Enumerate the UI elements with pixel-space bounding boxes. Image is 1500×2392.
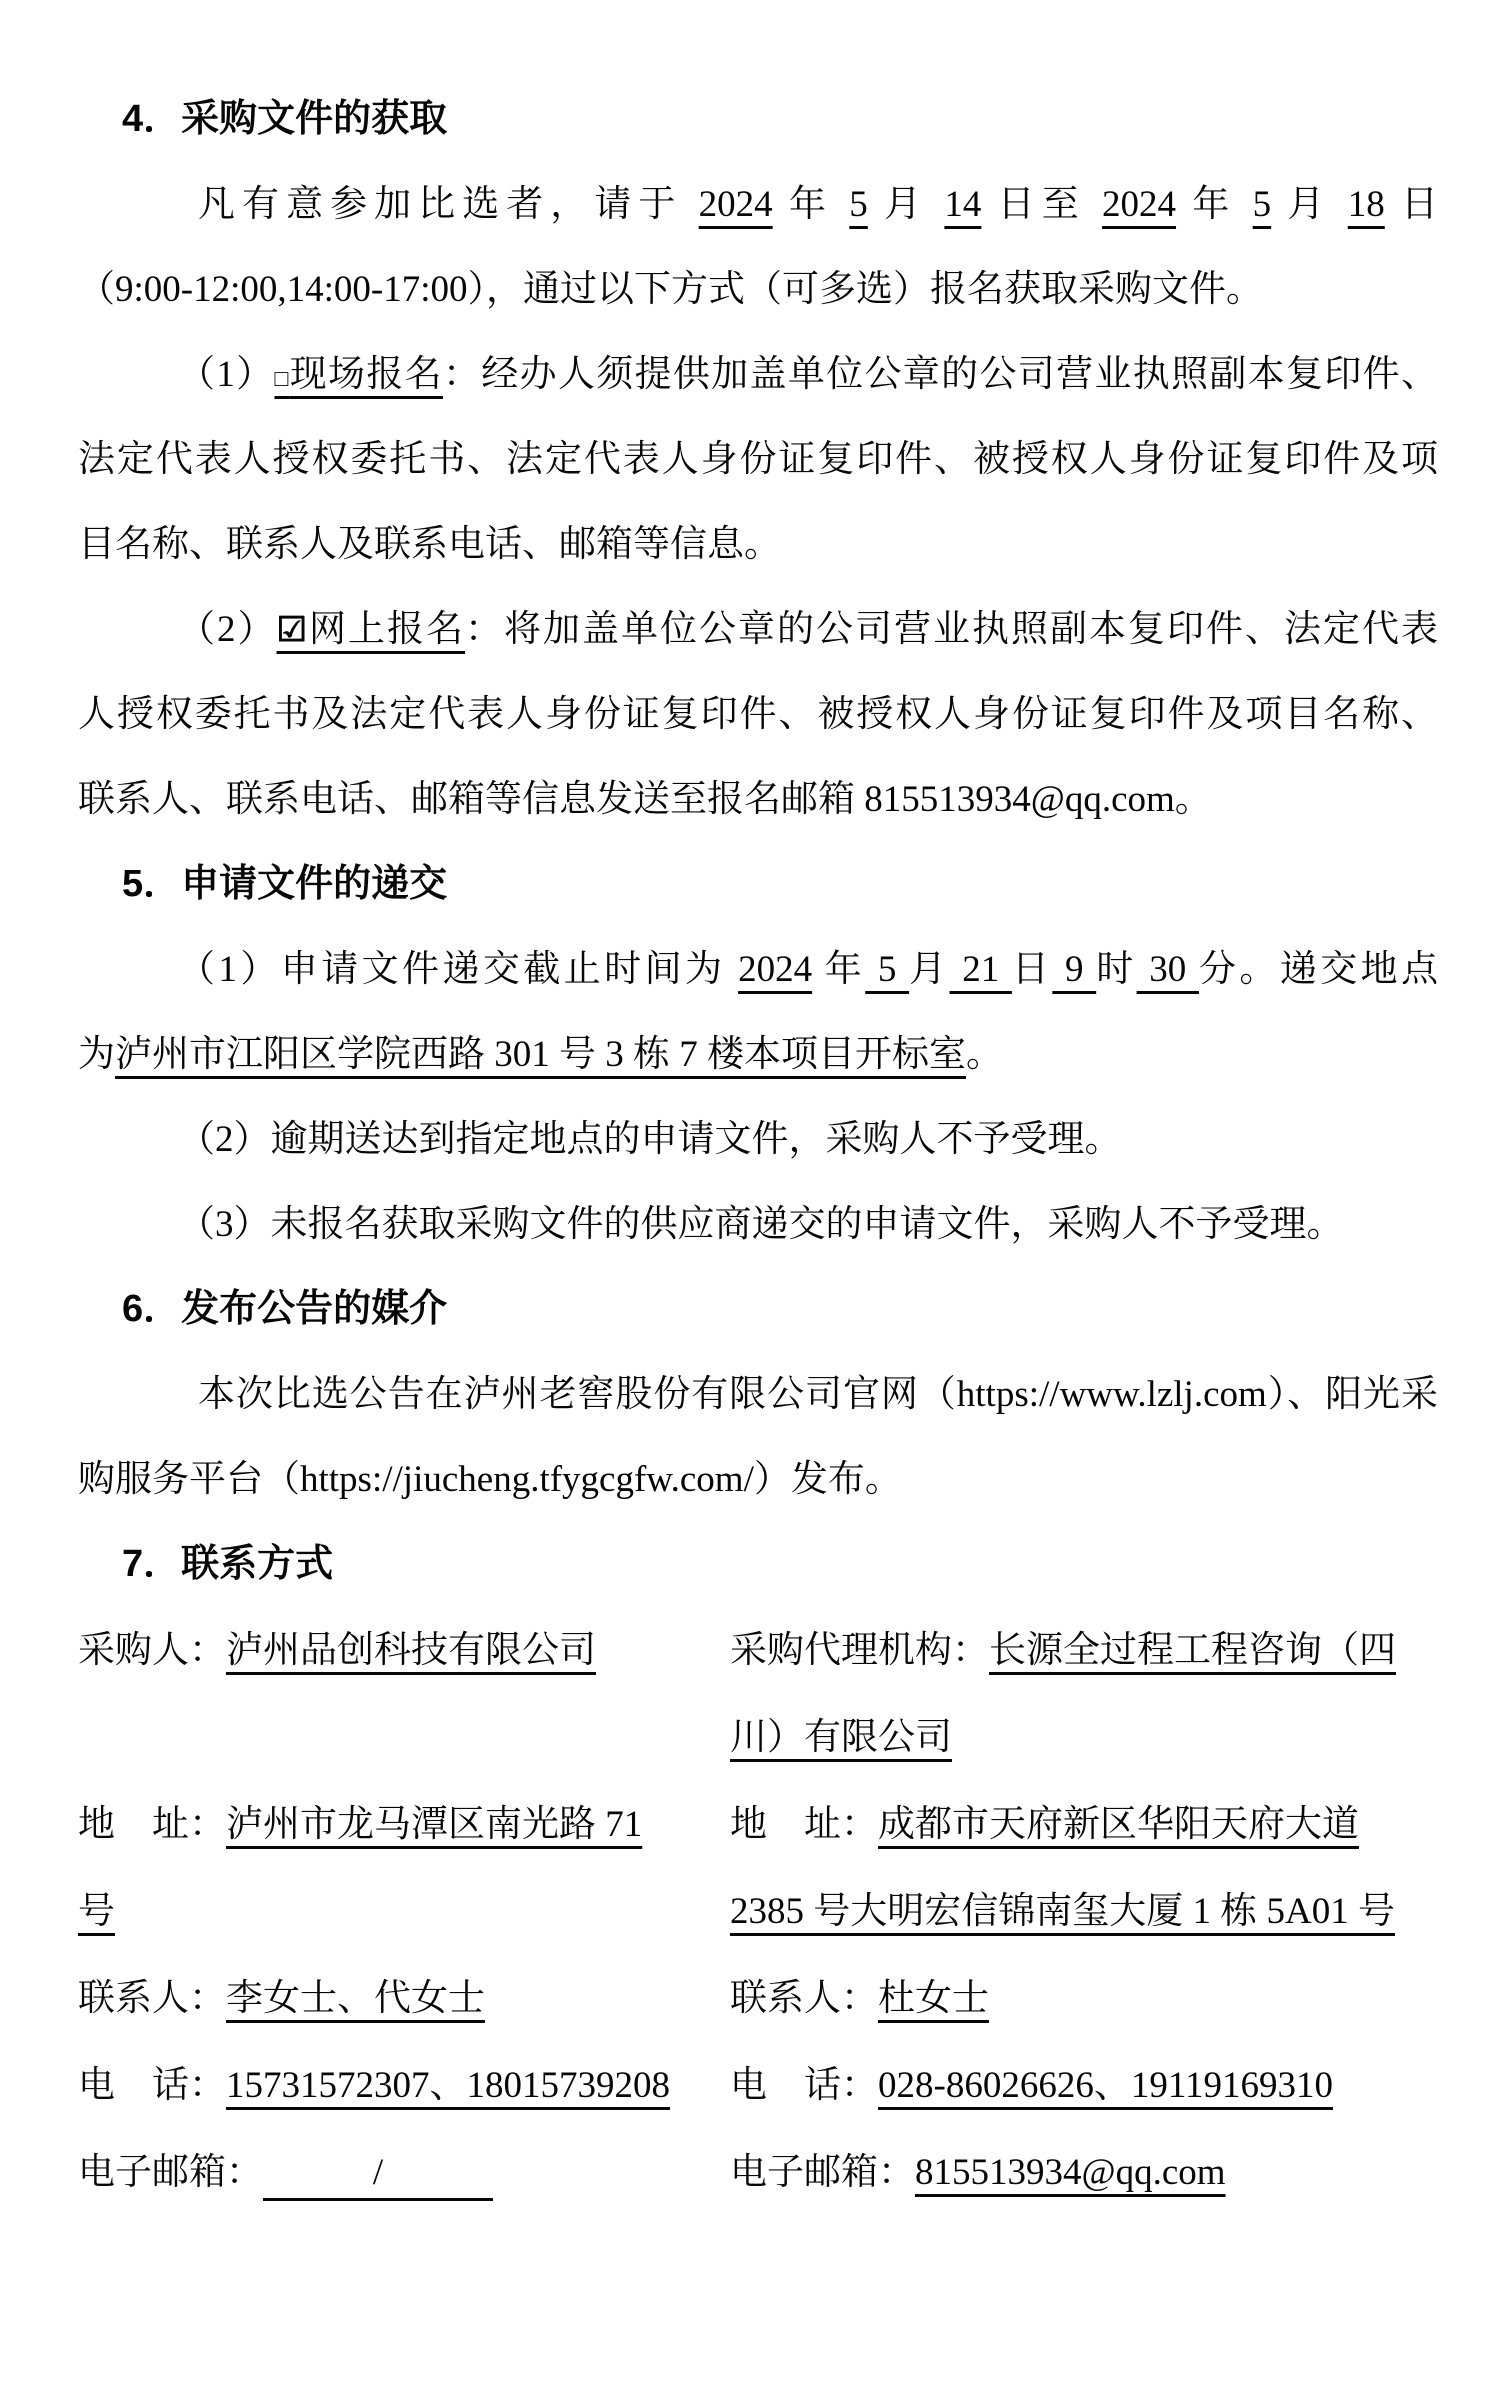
text-run: 联系人： bbox=[78, 1978, 226, 2019]
text-line: 人授权委托书及法定代表人身份证复印件、被授权人身份证复印件及项目名称、 bbox=[78, 672, 1438, 757]
contact-cell-right: 2385 号大明宏信锦南玺大厦 1 栋 5A01 号 bbox=[730, 1868, 1438, 1955]
underlined-text: 泸州市江阳区学院西路 301 号 3 栋 7 楼本项目开标室 bbox=[115, 1034, 966, 1075]
underlined-text: 网上报名 bbox=[307, 609, 465, 650]
text-run: （1）申请文件递交截止时间为 bbox=[178, 949, 738, 990]
text-run: （3）未报名获取采购文件的供应商递交的申请文件，采购人不予受理。 bbox=[178, 1204, 1344, 1245]
contact-cell-right: 地 址：成都市天府新区华阳天府大道 bbox=[730, 1781, 1438, 1868]
text-run: ：经办人须提供加盖单位公章的公司营业执照副本复印件、 bbox=[443, 354, 1438, 395]
text-run: 凡有意参加比选者，请于 bbox=[198, 184, 699, 225]
blank-underline-slash: / bbox=[263, 2148, 493, 2201]
text-run: 日 bbox=[1385, 184, 1438, 225]
section-heading: 6．发布公告的媒介 bbox=[78, 1267, 1438, 1352]
underlined-text: 9 bbox=[1052, 949, 1096, 990]
contact-cell-left bbox=[78, 1694, 730, 1781]
underlined-text: 14 bbox=[944, 184, 981, 225]
contact-cell-right: 电 话：028-86026626、19119169310 bbox=[730, 2042, 1438, 2129]
text-run: 电子邮箱： bbox=[730, 2152, 915, 2193]
text-run: 地 址： bbox=[78, 1804, 226, 1845]
text-run: 日至 bbox=[981, 184, 1102, 225]
document-page: 4．采购文件的获取凡有意参加比选者，请于 2024 年 5 月 14 日至 20… bbox=[0, 0, 1500, 2392]
contact-row: 电 话：15731572307、18015739208电 话：028-86026… bbox=[78, 2042, 1438, 2129]
underlined-text: 2385 号大明宏信锦南玺大厦 1 栋 5A01 号 bbox=[730, 1891, 1395, 1932]
contact-row: 联系人：李女士、代女士联系人：杜女士 bbox=[78, 1955, 1438, 2042]
section-heading: 5．申请文件的递交 bbox=[78, 842, 1438, 927]
contact-cell-left: 采购人：泸州品创科技有限公司 bbox=[78, 1607, 730, 1694]
underlined-text: 815513934@qq.com bbox=[915, 2152, 1226, 2193]
underlined-text: 2024 bbox=[738, 949, 812, 990]
document-lines: 4．采购文件的获取凡有意参加比选者，请于 2024 年 5 月 14 日至 20… bbox=[78, 52, 1438, 1607]
text-line: 购服务平台（https://jiucheng.tfygcgfw.com/）发布。 bbox=[78, 1437, 1438, 1522]
contact-cell-right: 电子邮箱：815513934@qq.com bbox=[730, 2129, 1438, 2216]
text-run: 电子邮箱： bbox=[78, 2152, 263, 2193]
contact-cell-right: 联系人：杜女士 bbox=[730, 1955, 1438, 2042]
section-heading: 4．采购文件的获取 bbox=[78, 77, 1438, 162]
contact-cell-right: 采购代理机构：长源全过程工程咨询（四 bbox=[730, 1607, 1438, 1694]
text-line: （3）未报名获取采购文件的供应商递交的申请文件，采购人不予受理。 bbox=[78, 1182, 1438, 1267]
text-line: 法定代表人授权委托书、法定代表人身份证复印件、被授权人身份证复印件及项 bbox=[78, 417, 1438, 502]
text-run: 6．发布公告的媒介 bbox=[122, 1288, 447, 1330]
contact-row: 采购人：泸州品创科技有限公司采购代理机构：长源全过程工程咨询（四 bbox=[78, 1607, 1438, 1694]
text-run: 年 bbox=[773, 184, 850, 225]
underlined-text: 号 bbox=[78, 1891, 115, 1932]
underlined-text: 028-86026626、19119169310 bbox=[878, 2065, 1333, 2106]
text-line: 联系人、联系电话、邮箱等信息发送至报名邮箱 815513934@qq.com。 bbox=[78, 757, 1438, 842]
text-run: 采购代理机构： bbox=[730, 1630, 989, 1671]
text-run: 月 bbox=[1271, 184, 1348, 225]
text-run: 分。递交地点 bbox=[1199, 949, 1438, 990]
underlined-text: 泸州市龙马潭区南光路 71 bbox=[226, 1804, 642, 1845]
contact-cell-left: 联系人：李女士、代女士 bbox=[78, 1955, 730, 2042]
underlined-text: 21 bbox=[950, 949, 1012, 990]
text-line: （2）逾期送达到指定地点的申请文件，采购人不予受理。 bbox=[78, 1097, 1438, 1182]
text-run: 5．申请文件的递交 bbox=[122, 863, 447, 905]
checkbox-checked-icon: ☑ bbox=[277, 612, 307, 649]
section-heading: 7．联系方式 bbox=[78, 1522, 1438, 1607]
underlined-text: 5 bbox=[849, 184, 868, 225]
contact-row: 号2385 号大明宏信锦南玺大厦 1 栋 5A01 号 bbox=[78, 1868, 1438, 1955]
text-run: （2） bbox=[178, 609, 277, 650]
text-run: 联系人、联系电话、邮箱等信息发送至报名邮箱 815513934@qq.com。 bbox=[78, 779, 1212, 820]
checkbox-unchecked-icon: □ bbox=[274, 366, 289, 391]
contact-cell-left: 电 话：15731572307、18015739208 bbox=[78, 2042, 730, 2129]
text-line: （1）申请文件递交截止时间为 2024 年 5 月 21 日 9 时 30 分。… bbox=[78, 927, 1438, 1012]
text-run: 4．采购文件的获取 bbox=[122, 98, 447, 140]
underlined-text: 2024 bbox=[699, 184, 773, 225]
text-line: （1）□现场报名：经办人须提供加盖单位公章的公司营业执照副本复印件、 bbox=[78, 332, 1438, 417]
text-run: 年 bbox=[812, 949, 865, 990]
text-run: （2）逾期送达到指定地点的申请文件，采购人不予受理。 bbox=[178, 1119, 1122, 1160]
text-run: 目名称、联系人及联系电话、邮箱等信息。 bbox=[78, 524, 781, 565]
contact-row: 电子邮箱：/电子邮箱：815513934@qq.com bbox=[78, 2129, 1438, 2216]
text-run: （1） bbox=[178, 354, 274, 395]
underlined-text: 泸州品创科技有限公司 bbox=[226, 1630, 596, 1671]
underlined-text: 5 bbox=[865, 949, 909, 990]
text-line: （9:00-12:00,14:00-17:00），通过以下方式（可多选）报名获取… bbox=[78, 247, 1438, 332]
text-run: 本次比选公告在泸州老窖股份有限公司官网（https://www.lzlj.com… bbox=[198, 1374, 1438, 1415]
text-run: 为 bbox=[78, 1034, 115, 1075]
contact-cell-left: 号 bbox=[78, 1868, 730, 1955]
underlined-text: 2024 bbox=[1102, 184, 1176, 225]
underlined-text: 5 bbox=[1253, 184, 1272, 225]
text-run: 地 址： bbox=[730, 1804, 878, 1845]
text-run: 。 bbox=[966, 1034, 1003, 1075]
text-line: 本次比选公告在泸州老窖股份有限公司官网（https://www.lzlj.com… bbox=[78, 1352, 1438, 1437]
text-run: 7．联系方式 bbox=[122, 1543, 333, 1585]
text-run: 月 bbox=[909, 949, 949, 990]
text-line: 凡有意参加比选者，请于 2024 年 5 月 14 日至 2024 年 5 月 … bbox=[78, 162, 1438, 247]
underlined-text: 成都市天府新区华阳天府大道 bbox=[878, 1804, 1359, 1845]
contact-cell-left: 电子邮箱：/ bbox=[78, 2129, 730, 2216]
contact-cell-right: 川）有限公司 bbox=[730, 1694, 1438, 1781]
contact-row: 地 址：泸州市龙马潭区南光路 71地 址：成都市天府新区华阳天府大道 bbox=[78, 1781, 1438, 1868]
text-run: 年 bbox=[1176, 184, 1253, 225]
underlined-text: 15731572307、18015739208 bbox=[226, 2065, 670, 2106]
text-run: （9:00-12:00,14:00-17:00），通过以下方式（可多选）报名获取… bbox=[78, 269, 1263, 310]
text-run: 月 bbox=[868, 184, 945, 225]
text-run: 人授权委托书及法定代表人身份证复印件、被授权人身份证复印件及项目名称、 bbox=[78, 694, 1438, 735]
underlined-text: 川）有限公司 bbox=[730, 1717, 952, 1758]
underlined-text: 现场报名 bbox=[290, 354, 443, 395]
text-run: 采购人： bbox=[78, 1630, 226, 1671]
text-run: 时 bbox=[1096, 949, 1136, 990]
text-line: （2）☑网上报名：将加盖单位公章的公司营业执照副本复印件、法定代表 bbox=[78, 587, 1438, 672]
contact-cell-left: 地 址：泸州市龙马潭区南光路 71 bbox=[78, 1781, 730, 1868]
text-run: 电 话： bbox=[730, 2065, 878, 2106]
underlined-text: 30 bbox=[1137, 949, 1199, 990]
underlined-text: 杜女士 bbox=[878, 1978, 989, 2019]
text-run: 联系人： bbox=[730, 1978, 878, 2019]
underlined-text: 长源全过程工程咨询（四 bbox=[989, 1630, 1396, 1671]
text-run: ：将加盖单位公章的公司营业执照副本复印件、法定代表 bbox=[465, 609, 1438, 650]
contact-rows: 采购人：泸州品创科技有限公司采购代理机构：长源全过程工程咨询（四川）有限公司地 … bbox=[78, 1607, 1438, 2216]
text-run: 日 bbox=[1012, 949, 1052, 990]
text-line: 为泸州市江阳区学院西路 301 号 3 栋 7 楼本项目开标室。 bbox=[78, 1012, 1438, 1097]
text-run: 购服务平台（https://jiucheng.tfygcgfw.com/）发布。 bbox=[78, 1459, 902, 1500]
text-line: 目名称、联系人及联系电话、邮箱等信息。 bbox=[78, 502, 1438, 587]
text-run: 法定代表人授权委托书、法定代表人身份证复印件、被授权人身份证复印件及项 bbox=[78, 439, 1438, 480]
underlined-text: 18 bbox=[1348, 184, 1385, 225]
contact-row: 川）有限公司 bbox=[78, 1694, 1438, 1781]
underlined-text: 李女士、代女士 bbox=[226, 1978, 485, 2019]
text-run: 电 话： bbox=[78, 2065, 226, 2106]
